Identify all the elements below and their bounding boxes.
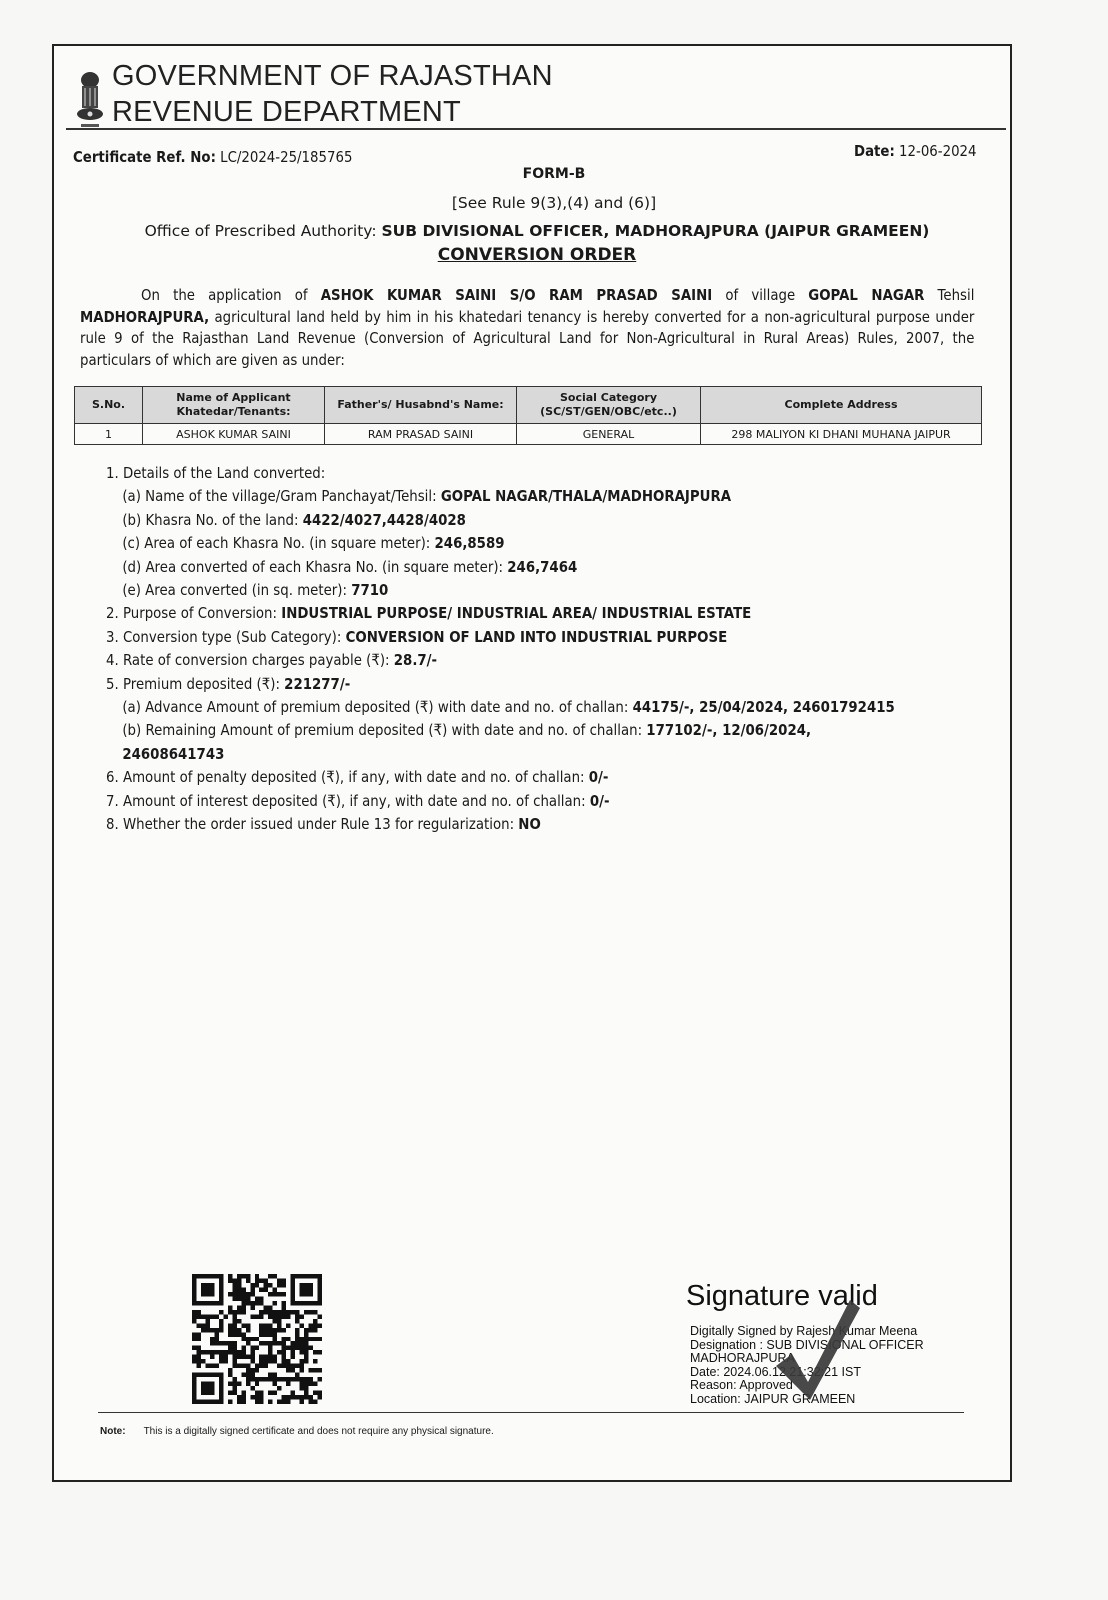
certificate-date: Date: 12-06-2024	[854, 142, 977, 160]
checkmark-icon	[772, 1296, 862, 1406]
qr-code-icon[interactable]	[192, 1272, 322, 1406]
table-header-row: S.No. Name of Applicant Khatedar/Tenants…	[75, 387, 982, 424]
header-applicant: Name of Applicant Khatedar/Tenants:	[143, 387, 325, 424]
cell-applicant: ASHOK KUMAR SAINI	[143, 424, 325, 445]
cell-category: GENERAL	[517, 424, 701, 445]
detail-5a: (a) Advance Amount of premium deposited …	[106, 696, 1009, 719]
certificate-ref: Certificate Ref. No: LC/2024-25/185765	[73, 148, 352, 166]
footer-divider	[98, 1412, 964, 1413]
cell-father: RAM PRASAD SAINI	[325, 424, 517, 445]
intro-paragraph: On the application of ASHOK KUMAR SAINI …	[80, 285, 974, 371]
detail-1c: (c) Area of each Khasra No. (in square m…	[106, 532, 1009, 555]
detail-5: 5. Premium deposited (₹): 221277/-	[106, 673, 1009, 696]
detail-2: 2. Purpose of Conversion: INDUSTRIAL PUR…	[106, 602, 1009, 625]
form-rule: [See Rule 9(3),(4) and (6)]	[0, 194, 1108, 212]
detail-1a: (a) Name of the village/Gram Panchayat/T…	[106, 485, 1009, 508]
footer-note: Note:This is a digitally signed certific…	[100, 1426, 494, 1437]
government-title: GOVERNMENT OF RAJASTHAN	[112, 58, 553, 94]
prescribed-authority: Office of Prescribed Authority: SUB DIVI…	[0, 222, 1074, 240]
header-sno: S.No.	[75, 387, 143, 424]
conversion-details: 1. Details of the Land converted: (a) Na…	[106, 462, 1009, 837]
detail-1b: (b) Khasra No. of the land: 4422/4027,44…	[106, 509, 1009, 532]
table-row: 1 ASHOK KUMAR SAINI RAM PRASAD SAINI GEN…	[75, 424, 982, 445]
detail-6: 6. Amount of penalty deposited (₹), if a…	[106, 766, 1009, 789]
detail-7: 7. Amount of interest deposited (₹), if …	[106, 790, 1009, 813]
detail-1e: (e) Area converted (in sq. meter): 7710	[106, 579, 1009, 602]
department-header: GOVERNMENT OF RAJASTHAN REVENUE DEPARTME…	[112, 58, 553, 130]
cell-sno: 1	[75, 424, 143, 445]
detail-8: 8. Whether the order issued under Rule 1…	[106, 813, 1009, 836]
header-divider	[66, 128, 1006, 130]
detail-1d: (d) Area converted of each Khasra No. (i…	[106, 556, 1009, 579]
state-emblem-icon	[73, 70, 107, 130]
detail-5b: (b) Remaining Amount of premium deposite…	[106, 719, 1009, 742]
detail-5b-challan: 24608641743	[106, 743, 1009, 766]
cell-address: 298 MALIYON KI DHANI MUHANA JAIPUR	[701, 424, 982, 445]
department-title: REVENUE DEPARTMENT	[112, 94, 553, 130]
header-father: Father's/ Husabnd's Name:	[325, 387, 517, 424]
header-category: Social Category (SC/ST/GEN/OBC/etc..)	[517, 387, 701, 424]
detail-3: 3. Conversion type (Sub Category): CONVE…	[106, 626, 1009, 649]
detail-4: 4. Rate of conversion charges payable (₹…	[106, 649, 1009, 672]
form-name: FORM-B	[0, 166, 1108, 182]
applicant-table: S.No. Name of Applicant Khatedar/Tenants…	[74, 386, 982, 445]
order-title: CONVERSION ORDER	[0, 245, 1074, 265]
header-address: Complete Address	[701, 387, 982, 424]
detail-1: 1. Details of the Land converted:	[106, 462, 1009, 485]
